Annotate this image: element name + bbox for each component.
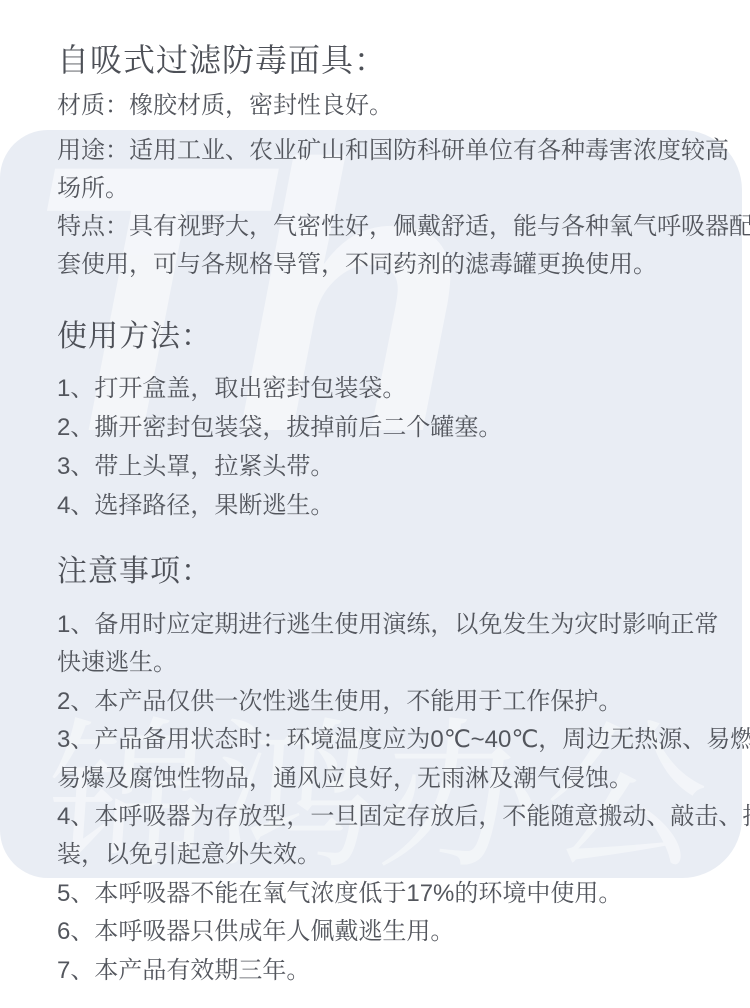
method-item: 2、撕开密封包装袋，拔掉前后二个罐塞。: [57, 408, 502, 447]
notice-line: 4、本呼吸器为存放型，一旦固定存放后，不能随意搬动、敲击、拆: [57, 798, 750, 836]
product-description-page: Th 锦鸿办公 自吸式过滤防毒面具： 材质：橡胶材质，密封性良好。 用途：适用工…: [0, 0, 750, 1008]
notice-line: 7、本产品有效期三年。: [57, 952, 750, 990]
methods-list: 1、打开盒盖，取出密封包装袋。 2、撕开密封包装袋，拔掉前后二个罐塞。 3、带上…: [57, 369, 502, 525]
notice-line: 1、备用时应定期进行逃生使用演练，以免发生为灾时影响正常: [57, 606, 750, 644]
paragraph-material: 材质：橡胶材质，密封性良好。: [57, 87, 393, 125]
text-line: 套使用，可与各规格导管，不同药剂的滤毒罐更换使用。: [57, 246, 750, 284]
notice-line: 3、产品备用状态时：环境温度应为0℃~40℃，周边无热源、易燃、: [57, 721, 750, 759]
notices-list: 1、备用时应定期进行逃生使用演练，以免发生为灾时影响正常 快速逃生。 2、本产品…: [57, 606, 750, 990]
text-line: 材质：橡胶材质，密封性良好。: [57, 87, 393, 125]
section-methods-heading: 使用方法：: [57, 317, 212, 357]
section-notices-heading: 注意事项：: [57, 552, 212, 592]
paragraph-features: 特点：具有视野大，气密性好，佩戴舒适，能与各种氧气呼吸器配 套使用，可与各规格导…: [57, 208, 750, 284]
page-title: 自吸式过滤防毒面具：: [57, 40, 387, 80]
notice-line: 2、本产品仅供一次性逃生使用，不能用于工作保护。: [57, 683, 750, 721]
notice-line: 6、本呼吸器只供成年人佩戴逃生用。: [57, 913, 750, 951]
notice-line: 快速逃生。: [57, 644, 750, 682]
text-line: 用途：适用工业、农业矿山和国防科研单位有各种毒害浓度较高: [57, 132, 729, 170]
paragraph-usage: 用途：适用工业、农业矿山和国防科研单位有各种毒害浓度较高 场所。: [57, 132, 729, 208]
notice-line: 装，以免引起意外失效。: [57, 836, 750, 874]
notice-line: 易爆及腐蚀性物品，通风应良好，无雨淋及潮气侵蚀。: [57, 760, 750, 798]
text-line: 场所。: [57, 170, 729, 208]
method-item: 1、打开盒盖，取出密封包装袋。: [57, 369, 502, 408]
text-line: 特点：具有视野大，气密性好，佩戴舒适，能与各种氧气呼吸器配: [57, 208, 750, 246]
method-item: 3、带上头罩，拉紧头带。: [57, 447, 502, 486]
notice-line: 5、本呼吸器不能在氧气浓度低于17%的环境中使用。: [57, 875, 750, 913]
method-item: 4、选择路径，果断逃生。: [57, 486, 502, 525]
